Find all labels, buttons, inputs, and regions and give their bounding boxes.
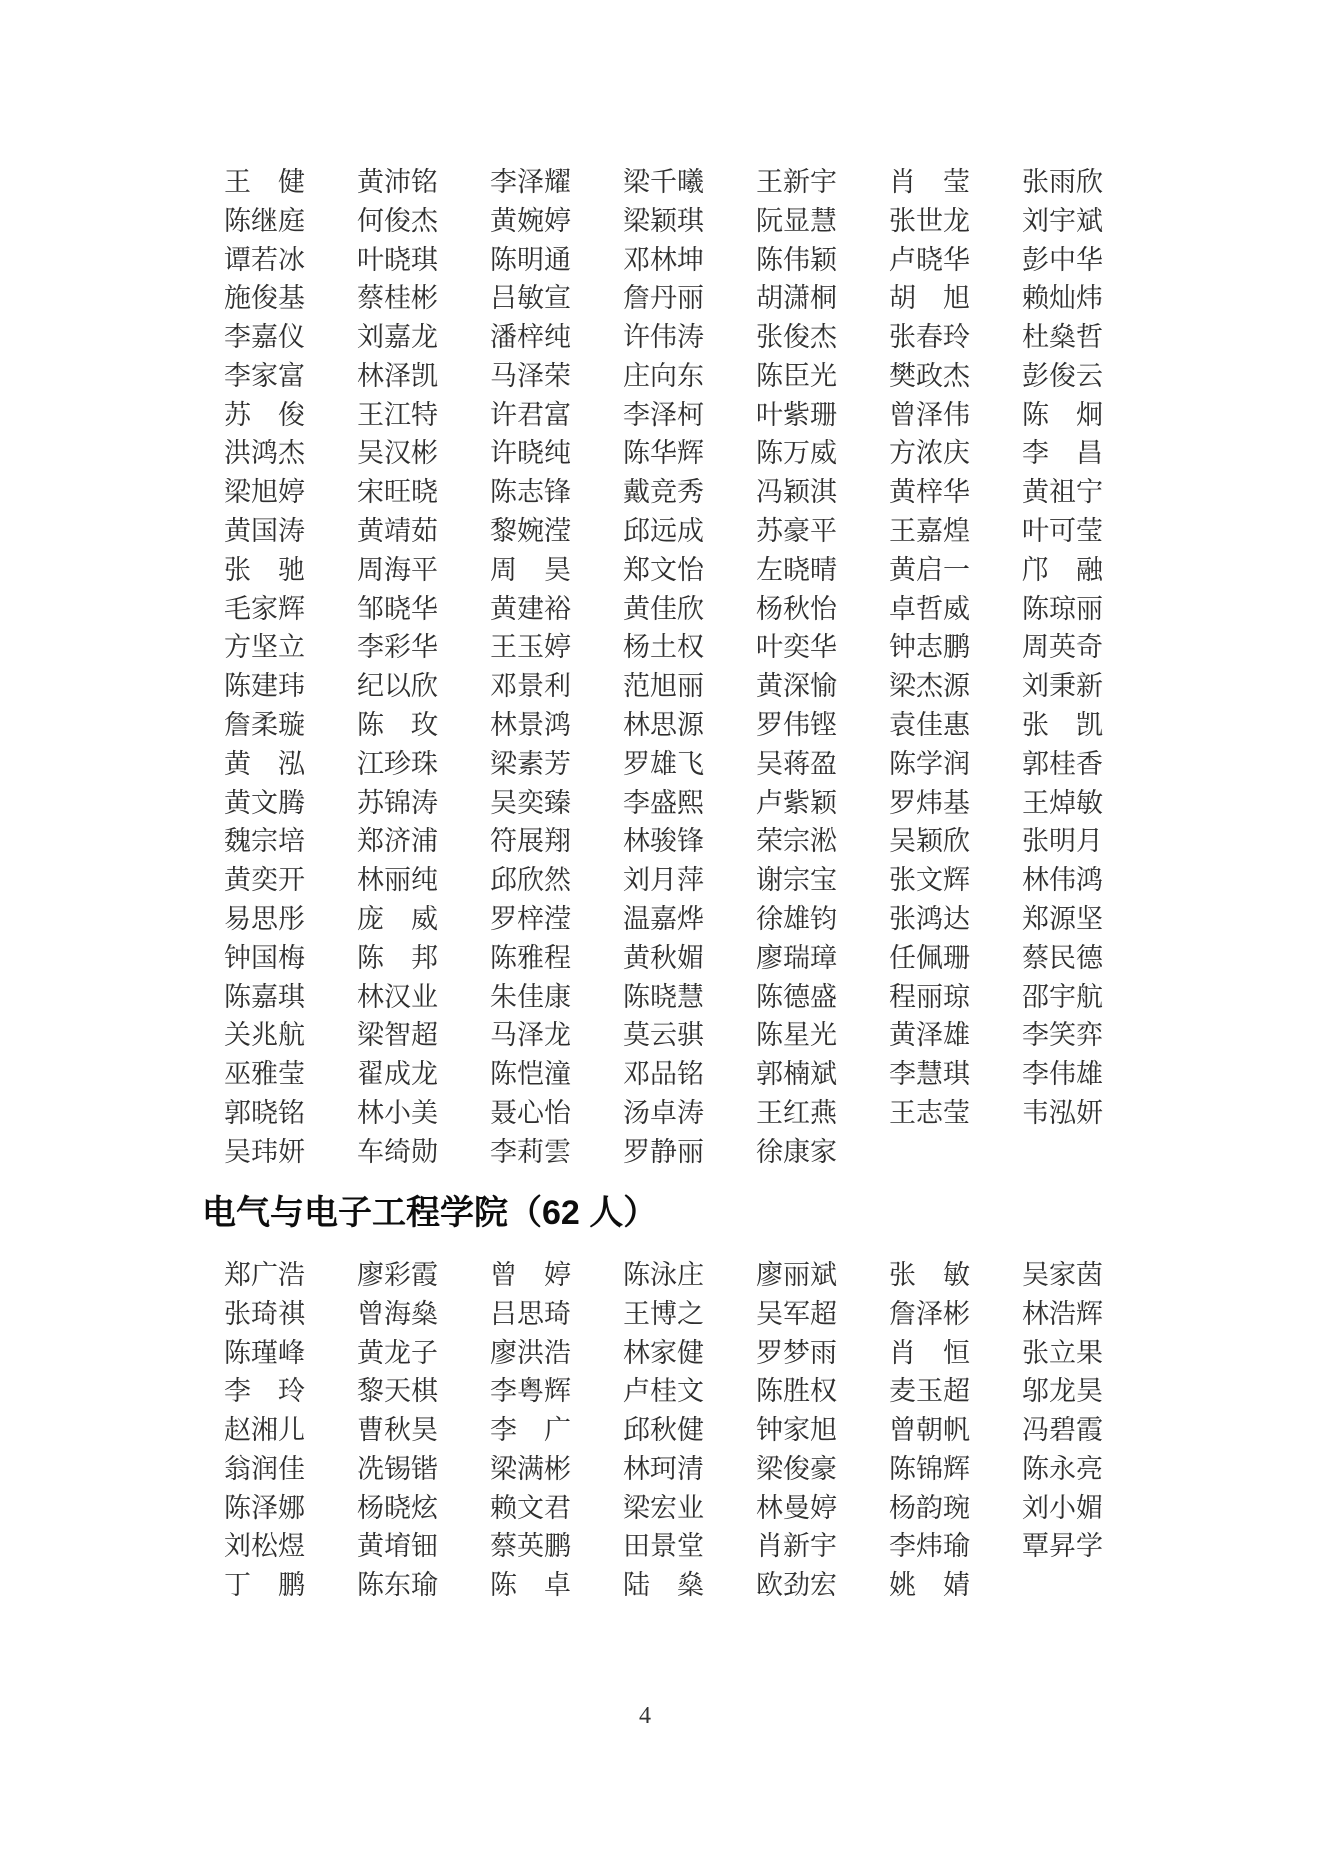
person-name: 曾海燊 (357, 1292, 439, 1331)
person-name: 林小美 (357, 1091, 439, 1130)
person-name: 李 广 (490, 1408, 572, 1447)
person-name: 王志莹 (889, 1091, 971, 1130)
person-name: 吴奕臻 (490, 781, 572, 820)
person-name: 曾 婷 (490, 1253, 572, 1292)
person-name: 赖灿炜 (1022, 276, 1104, 315)
person-name: 蔡桂彬 (357, 276, 439, 315)
person-name: 洪鸿杰 (224, 431, 306, 470)
person-name: 王江特 (357, 393, 439, 432)
person-name: 毛家辉 (224, 587, 306, 626)
person-name: 郑广浩 (224, 1253, 306, 1292)
person-name: 张 驰 (224, 548, 306, 587)
person-name: 胡潇桐 (756, 276, 838, 315)
person-name: 张立果 (1022, 1331, 1104, 1370)
person-name: 冯碧霞 (1022, 1408, 1104, 1447)
person-name: 陈 邦 (357, 936, 439, 975)
person-name: 谭若冰 (224, 238, 306, 277)
person-name: 麦玉超 (889, 1369, 971, 1408)
person-name: 黄婉婷 (490, 199, 572, 238)
person-name: 李炜瑜 (889, 1524, 971, 1563)
person-name: 方浓庆 (889, 431, 971, 470)
person-name: 李嘉仪 (224, 315, 306, 354)
person-name: 戴竞秀 (623, 470, 705, 509)
person-name: 邓景利 (490, 664, 572, 703)
person-name: 陈琼丽 (1022, 587, 1104, 626)
person-name: 黎婉滢 (490, 509, 572, 548)
person-name: 叶可莹 (1022, 509, 1104, 548)
person-name: 陈明通 (490, 238, 572, 277)
person-name: 罗伟铿 (756, 703, 838, 742)
person-name: 刘松煜 (224, 1524, 306, 1563)
person-name: 卢桂文 (623, 1369, 705, 1408)
person-name: 黄文腾 (224, 781, 306, 820)
person-name: 卢晓华 (889, 238, 971, 277)
person-name: 陈永亮 (1022, 1447, 1104, 1486)
person-name: 纪以欣 (357, 664, 439, 703)
person-name: 梁杰源 (889, 664, 971, 703)
person-name: 陈志锋 (490, 470, 572, 509)
person-name: 邱秋健 (623, 1408, 705, 1447)
person-name: 潘梓纯 (490, 315, 572, 354)
person-name: 吴蒋盈 (756, 742, 838, 781)
name-grid-section-2: 郑广浩廖彩霞曾 婷陈泳庄廖丽斌张 敏吴家茵张琦祺曾海燊吕思琦王博之吴军超詹泽彬林… (224, 1253, 1104, 1602)
person-name: 任佩珊 (889, 936, 971, 975)
person-name: 梁颖琪 (623, 199, 705, 238)
person-name: 陈星光 (756, 1013, 838, 1052)
person-name: 梁千曦 (623, 160, 705, 199)
person-name: 林珂清 (623, 1447, 705, 1486)
person-name: 梁素芳 (490, 742, 572, 781)
person-name: 陈泽娜 (224, 1486, 306, 1525)
person-name: 黄沛铭 (357, 160, 439, 199)
person-name: 王焯敏 (1022, 781, 1104, 820)
person-name: 徐雄钧 (756, 897, 838, 936)
person-name: 张鸿达 (889, 897, 971, 936)
person-name: 陈雅程 (490, 936, 572, 975)
person-name: 巫雅莹 (224, 1052, 306, 1091)
person-name: 梁旭婷 (224, 470, 306, 509)
person-name: 周 昊 (490, 548, 572, 587)
person-name: 郑济浦 (357, 819, 439, 858)
person-name: 韦泓妍 (1022, 1091, 1104, 1130)
person-name: 冯颖淇 (756, 470, 838, 509)
person-name: 王玉婷 (490, 625, 572, 664)
person-name: 覃昇学 (1022, 1524, 1104, 1563)
person-name: 吴军超 (756, 1292, 838, 1331)
page-number: 4 (0, 1703, 1290, 1730)
person-name: 黄梓华 (889, 470, 971, 509)
person-name: 曾朝帆 (889, 1408, 971, 1447)
person-name: 李盛熙 (623, 781, 705, 820)
person-name: 张 凯 (1022, 703, 1104, 742)
person-name: 何俊杰 (357, 199, 439, 238)
person-name: 邱远成 (623, 509, 705, 548)
person-name: 范旭丽 (623, 664, 705, 703)
person-name: 林曼婷 (756, 1486, 838, 1525)
person-name: 张世龙 (889, 199, 971, 238)
person-name: 杨土权 (623, 625, 705, 664)
person-name: 廖彩霞 (357, 1253, 439, 1292)
person-name: 黄建裕 (490, 587, 572, 626)
person-name: 张 敏 (889, 1253, 971, 1292)
person-name: 王红燕 (756, 1091, 838, 1130)
person-name: 陈 玫 (357, 703, 439, 742)
person-name: 黄 泓 (224, 742, 306, 781)
person-name: 罗炜基 (889, 781, 971, 820)
person-name: 邬龙昊 (1022, 1369, 1104, 1408)
person-name: 罗静丽 (623, 1130, 705, 1169)
person-name: 林汉业 (357, 975, 439, 1014)
person-name: 廖洪浩 (490, 1331, 572, 1370)
person-name: 丁 鹏 (224, 1563, 306, 1602)
person-name: 苏 俊 (224, 393, 306, 432)
person-name: 黎天棋 (357, 1369, 439, 1408)
person-name: 马泽龙 (490, 1013, 572, 1052)
person-name: 彭中华 (1022, 238, 1104, 277)
person-name: 谢宗宝 (756, 858, 838, 897)
person-name: 林泽凯 (357, 354, 439, 393)
person-name: 李家富 (224, 354, 306, 393)
person-name: 李粤辉 (490, 1369, 572, 1408)
person-name: 王 健 (224, 160, 306, 199)
person-name: 杨晓炫 (357, 1486, 439, 1525)
person-name: 廖丽斌 (756, 1253, 838, 1292)
person-name: 吴玮妍 (224, 1130, 306, 1169)
person-name: 刘月萍 (623, 858, 705, 897)
person-name: 黄佳欣 (623, 587, 705, 626)
person-name: 张雨欣 (1022, 160, 1104, 199)
person-name: 黄靖茹 (357, 509, 439, 548)
person-name: 邵宇航 (1022, 975, 1104, 1014)
person-name: 杨秋怡 (756, 587, 838, 626)
person-name: 欧劲宏 (756, 1563, 838, 1602)
person-name: 莫云骐 (623, 1013, 705, 1052)
person-name: 李笑弈 (1022, 1013, 1104, 1052)
person-name: 陈建玮 (224, 664, 306, 703)
person-name: 陈学润 (889, 742, 971, 781)
person-name: 吕敏宣 (490, 276, 572, 315)
person-name: 郭晓铭 (224, 1091, 306, 1130)
person-name: 钟家旭 (756, 1408, 838, 1447)
person-name: 荣宗淞 (756, 819, 838, 858)
person-name: 李伟雄 (1022, 1052, 1104, 1091)
person-name: 左晓晴 (756, 548, 838, 587)
person-name: 黄秋媚 (623, 936, 705, 975)
person-name: 陈伟颖 (756, 238, 838, 277)
person-name: 陈泳庄 (623, 1253, 705, 1292)
person-name: 陈胜权 (756, 1369, 838, 1408)
person-name: 邓林坤 (623, 238, 705, 277)
person-name: 林景鸿 (490, 703, 572, 742)
person-name: 郭桂香 (1022, 742, 1104, 781)
person-name: 李泽柯 (623, 393, 705, 432)
person-name: 苏锦涛 (357, 781, 439, 820)
person-name: 杜燊哲 (1022, 315, 1104, 354)
person-name: 刘小媚 (1022, 1486, 1104, 1525)
person-name: 方坚立 (224, 625, 306, 664)
person-name: 卓哲威 (889, 587, 971, 626)
person-name: 吴汉彬 (357, 431, 439, 470)
person-name: 叶奕华 (756, 625, 838, 664)
person-name: 许君富 (490, 393, 572, 432)
person-name: 翟成龙 (357, 1052, 439, 1091)
person-name: 黄国涛 (224, 509, 306, 548)
person-name: 王嘉煌 (889, 509, 971, 548)
person-name: 卢紫颖 (756, 781, 838, 820)
person-name: 肖新宇 (756, 1524, 838, 1563)
person-name: 林家健 (623, 1331, 705, 1370)
person-name: 许伟涛 (623, 315, 705, 354)
person-name: 陈继庭 (224, 199, 306, 238)
person-name: 曹秋昊 (357, 1408, 439, 1447)
person-name: 周英奇 (1022, 625, 1104, 664)
person-name: 张俊杰 (756, 315, 838, 354)
person-name: 郭楠斌 (756, 1052, 838, 1091)
person-name: 魏宗培 (224, 819, 306, 858)
person-name: 李彩华 (357, 625, 439, 664)
person-name: 李泽耀 (490, 160, 572, 199)
person-name: 刘秉新 (1022, 664, 1104, 703)
person-name: 关兆航 (224, 1013, 306, 1052)
person-name: 廖瑞璋 (756, 936, 838, 975)
person-name: 罗梦雨 (756, 1331, 838, 1370)
person-name: 张琦祺 (224, 1292, 306, 1331)
person-name: 彭俊云 (1022, 354, 1104, 393)
person-name: 马泽荣 (490, 354, 572, 393)
person-name: 林骏锋 (623, 819, 705, 858)
person-name: 黄奕开 (224, 858, 306, 897)
person-name: 梁宏业 (623, 1486, 705, 1525)
person-name: 肖 恒 (889, 1331, 971, 1370)
person-name: 詹泽彬 (889, 1292, 971, 1331)
person-name: 张文辉 (889, 858, 971, 897)
person-name: 江珍珠 (357, 742, 439, 781)
person-name: 林思源 (623, 703, 705, 742)
person-name: 钟国梅 (224, 936, 306, 975)
person-name: 黄深愉 (756, 664, 838, 703)
person-name: 符展翔 (490, 819, 572, 858)
person-name: 李慧琪 (889, 1052, 971, 1091)
person-name: 吴家茵 (1022, 1253, 1104, 1292)
person-name: 车绮勋 (357, 1130, 439, 1169)
person-name: 聂心怡 (490, 1091, 572, 1130)
person-name: 王新宇 (756, 160, 838, 199)
person-name: 李 昌 (1022, 431, 1104, 470)
person-name: 王博之 (623, 1292, 705, 1331)
person-name: 曾泽伟 (889, 393, 971, 432)
person-name: 徐康家 (756, 1130, 838, 1169)
person-name: 詹柔璇 (224, 703, 306, 742)
person-name: 汤卓涛 (623, 1091, 705, 1130)
person-name: 黄祖宁 (1022, 470, 1104, 509)
person-name: 李莉雲 (490, 1130, 572, 1169)
person-name: 庞 威 (357, 897, 439, 936)
person-name: 赖文君 (490, 1486, 572, 1525)
person-name: 许晓纯 (490, 431, 572, 470)
person-name: 郑文怡 (623, 548, 705, 587)
person-name: 黄堉钿 (357, 1524, 439, 1563)
person-name: 刘宇斌 (1022, 199, 1104, 238)
person-name: 陈万威 (756, 431, 838, 470)
person-name: 温嘉烨 (623, 897, 705, 936)
person-name: 梁俊豪 (756, 1447, 838, 1486)
person-name: 袁佳惠 (889, 703, 971, 742)
person-name: 陈恺潼 (490, 1052, 572, 1091)
person-name: 叶晓琪 (357, 238, 439, 277)
person-name: 梁智超 (357, 1013, 439, 1052)
person-name: 林浩辉 (1022, 1292, 1104, 1331)
person-name: 黄泽雄 (889, 1013, 971, 1052)
person-name: 陈臣光 (756, 354, 838, 393)
person-name: 吴颖欣 (889, 819, 971, 858)
person-name: 陈晓慧 (623, 975, 705, 1014)
person-name: 肖 莹 (889, 160, 971, 199)
person-name: 罗梓滢 (490, 897, 572, 936)
person-name: 邝 融 (1022, 548, 1104, 587)
name-grid-section-1: 王 健黄沛铭李泽耀梁千曦王新宇肖 莹张雨欣陈继庭何俊杰黄婉婷梁颖琪阮显慧张世龙刘… (224, 160, 1104, 1169)
person-name: 陆 燊 (623, 1563, 705, 1602)
person-name: 庄向东 (623, 354, 705, 393)
person-name: 冼锡锴 (357, 1447, 439, 1486)
person-name: 梁满彬 (490, 1447, 572, 1486)
person-name: 詹丹丽 (623, 276, 705, 315)
person-name: 吕思琦 (490, 1292, 572, 1331)
person-name: 邱欣然 (490, 858, 572, 897)
section-heading: 电气与电子工程学院（62 人） (202, 1190, 657, 1236)
person-name: 施俊基 (224, 276, 306, 315)
person-name: 苏豪平 (756, 509, 838, 548)
person-name: 陈华辉 (623, 431, 705, 470)
person-name: 周海平 (357, 548, 439, 587)
person-name: 樊政杰 (889, 354, 971, 393)
person-name: 林伟鸿 (1022, 858, 1104, 897)
person-name: 杨韵琬 (889, 1486, 971, 1525)
person-name: 姚 婧 (889, 1563, 971, 1602)
person-name: 田景堂 (623, 1524, 705, 1563)
person-name: 钟志鹏 (889, 625, 971, 664)
person-name: 叶紫珊 (756, 393, 838, 432)
person-name: 朱佳康 (490, 975, 572, 1014)
person-name: 张明月 (1022, 819, 1104, 858)
person-name: 陈 卓 (490, 1563, 572, 1602)
person-name: 邹晓华 (357, 587, 439, 626)
person-name: 邓品铭 (623, 1052, 705, 1091)
person-name: 黄龙子 (357, 1331, 439, 1370)
person-name: 蔡英鹏 (490, 1524, 572, 1563)
person-name: 程丽琼 (889, 975, 971, 1014)
person-name: 陈东瑜 (357, 1563, 439, 1602)
person-name: 翁润佳 (224, 1447, 306, 1486)
person-name: 陈德盛 (756, 975, 838, 1014)
person-name: 李 玲 (224, 1369, 306, 1408)
person-name: 赵湘儿 (224, 1408, 306, 1447)
person-name: 罗雄飞 (623, 742, 705, 781)
person-name: 刘嘉龙 (357, 315, 439, 354)
person-name: 黄启一 (889, 548, 971, 587)
person-name: 陈锦辉 (889, 1447, 971, 1486)
person-name: 阮显慧 (756, 199, 838, 238)
person-name: 易思彤 (224, 897, 306, 936)
person-name: 胡 旭 (889, 276, 971, 315)
person-name: 郑源坚 (1022, 897, 1104, 936)
person-name: 张春玲 (889, 315, 971, 354)
person-name: 林丽纯 (357, 858, 439, 897)
person-name: 陈嘉琪 (224, 975, 306, 1014)
person-name: 陈瑾峰 (224, 1331, 306, 1370)
person-name: 陈 炯 (1022, 393, 1104, 432)
person-name: 宋旺晓 (357, 470, 439, 509)
person-name: 蔡民德 (1022, 936, 1104, 975)
document-page: 王 健黄沛铭李泽耀梁千曦王新宇肖 莹张雨欣陈继庭何俊杰黄婉婷梁颖琪阮显慧张世龙刘… (0, 0, 1322, 1871)
